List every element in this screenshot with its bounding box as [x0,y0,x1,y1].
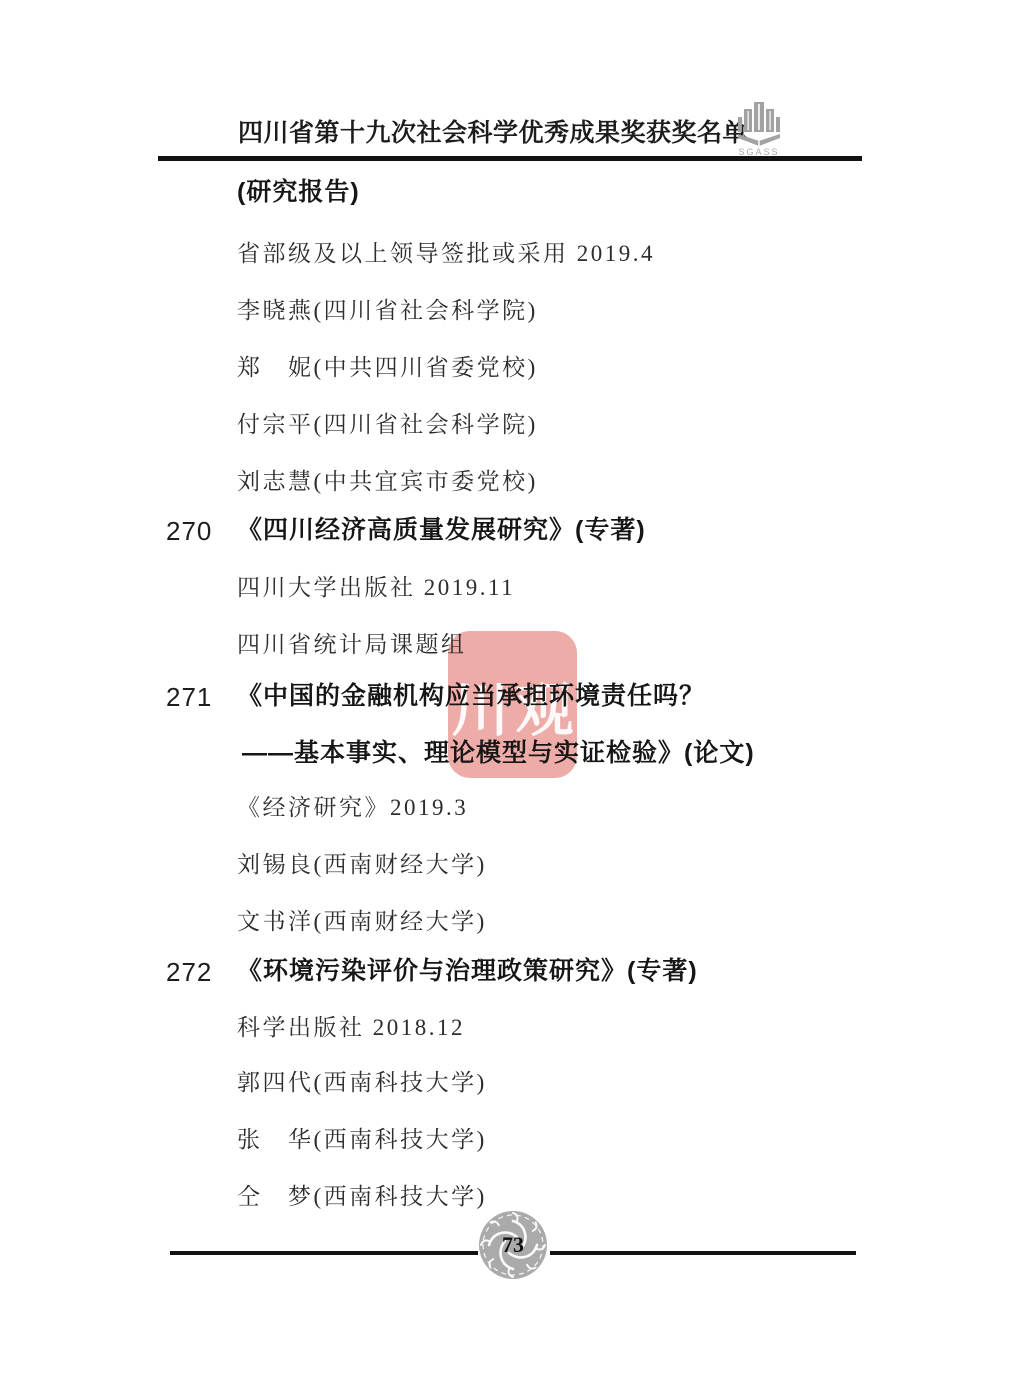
entry-number: 271 [166,681,212,713]
entry-title-continuation: ——基本事实、理论模型与实证检验》(论文) [242,737,755,769]
header-divider [158,156,862,161]
entry-title: 《中国的金融机构应当承担环境责任吗？ [237,680,705,712]
author-line: 刘志慧(中共宜宾市委党校) [237,466,538,498]
author-line: 仝 梦(西南科技大学) [237,1181,487,1213]
footer-divider-right [550,1251,856,1255]
entry-title: 《环境污染评价与治理政策研究》(专著) [237,955,698,987]
page-number: 73 [477,1209,549,1281]
author-line: 付宗平(四川省社会科学院) [237,409,538,441]
publication-line: 科学出版社 2018.12 [237,1012,465,1044]
footer-divider-left [170,1251,478,1255]
award-note: 省部级及以上领导签批或采用 2019.4 [237,238,655,270]
entry-number: 272 [166,956,212,988]
author-line: 张 华(西南科技大学) [237,1124,487,1156]
page-title: 四川省第十九次社会科学优秀成果奖获奖名单 [238,113,748,149]
author-line: 李晓燕(四川省社会科学院) [237,295,538,327]
author-line: 郑 妮(中共四川省委党校) [237,352,538,384]
author-line: 郭四代(西南科技大学) [237,1067,487,1099]
publication-line: 四川大学出版社 2019.11 [237,572,515,604]
author-line: 文书洋(西南财经大学) [237,906,487,938]
document-page: 四川省第十九次社会科学优秀成果奖获奖名单 SGASS 川观 [0,0,1024,1380]
publication-line: 《经济研究》2019.3 [237,792,468,824]
author-line: 四川省统计局课题组 [237,629,467,661]
sgass-logo: SGASS [733,100,785,156]
entry-number: 270 [166,515,212,547]
author-line: 刘锡良(西南财经大学) [237,849,487,881]
page-number-medallion: 73 [477,1209,549,1281]
entry-title: 《四川经济高质量发展研究》(专著) [237,514,646,546]
buildings-book-icon [733,100,785,146]
category-heading: (研究报告) [237,176,360,208]
